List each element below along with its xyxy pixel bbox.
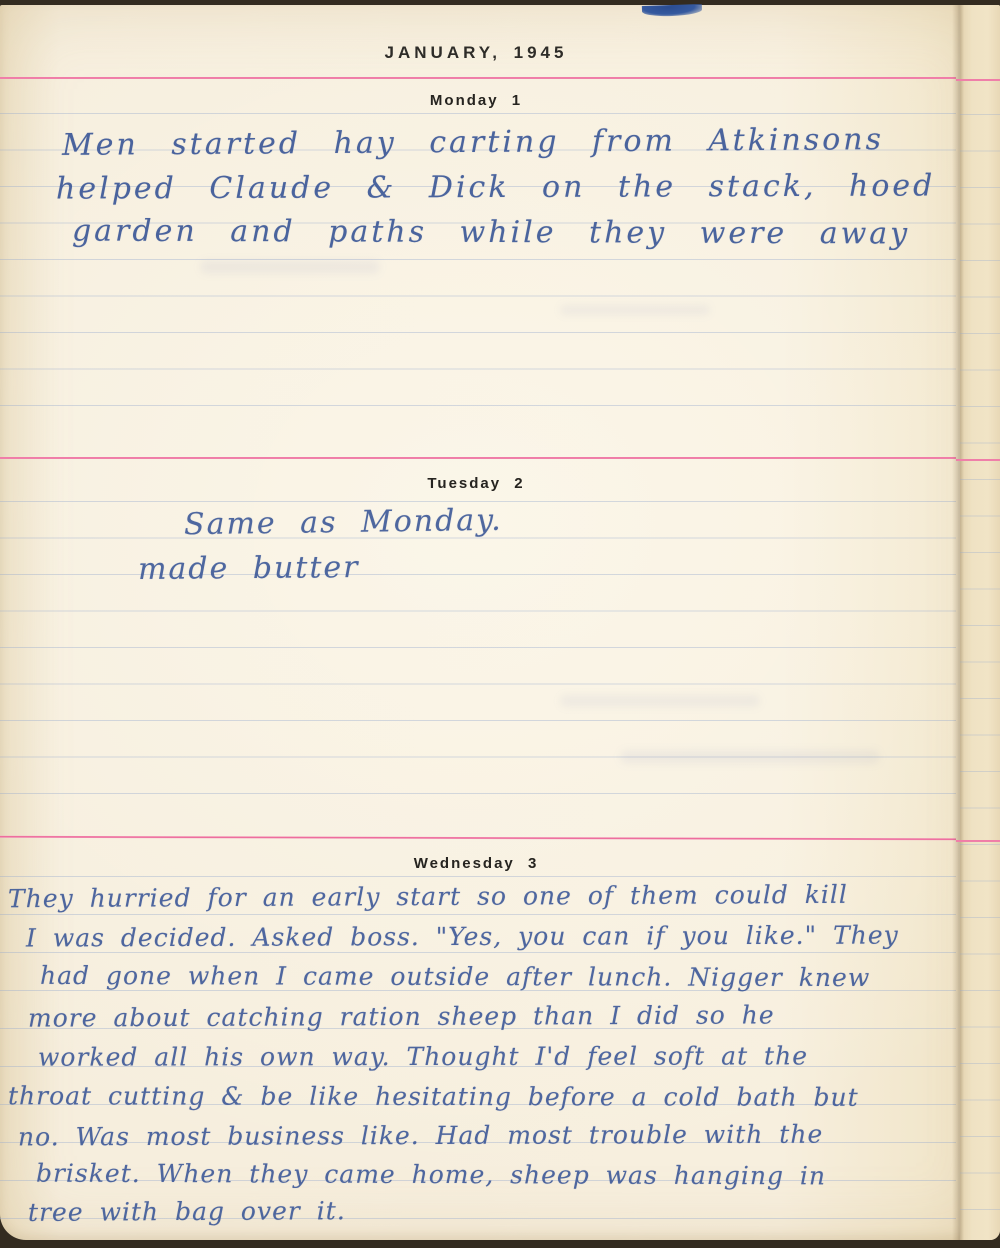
pink-divider-rule <box>0 836 956 841</box>
handwriting-line: had gone when I came outside after lunch… <box>40 961 870 992</box>
handwriting-line: helped Claude & Dick on the stack, hoed <box>56 168 935 206</box>
pink-divider-rule <box>0 457 956 459</box>
ink-showthrough <box>560 305 710 315</box>
handwriting-line: Men started hay carting from Atkinsons <box>62 122 884 163</box>
handwriting-line: tree with bag over it. <box>28 1196 346 1227</box>
pink-divider-rule-edge <box>956 840 1000 842</box>
handwriting-line: garden and paths while they were away <box>72 214 910 252</box>
ruled-lines-layer-edge <box>960 114 1000 1219</box>
handwriting-line: I was decided. Asked boss. "Yes, you can… <box>26 920 899 952</box>
day-header: Wednesday 3 <box>0 855 952 872</box>
ink-showthrough <box>620 750 880 764</box>
day-header: Monday 1 <box>0 92 952 109</box>
ink-showthrough <box>560 695 760 707</box>
scan-background: JANUARY, 1945 Monday 1 Men started hay c… <box>0 0 1000 1248</box>
handwriting-line: Same as Monday. <box>184 503 503 542</box>
month-header: JANUARY, 1945 <box>0 43 952 63</box>
handwriting-line: brisket. When they came home, sheep was … <box>36 1159 826 1191</box>
handwriting-line: worked all his own way. Thought I'd feel… <box>38 1041 808 1071</box>
pink-divider-rule <box>0 77 956 79</box>
handwriting-line: more about catching ration sheep than I … <box>28 1000 775 1032</box>
handwriting-line: no. Was most business like. Had most tro… <box>18 1120 823 1152</box>
handwriting-line: They hurried for an early start so one o… <box>8 880 848 913</box>
pink-divider-rule-edge <box>956 79 1000 81</box>
day-header: Tuesday 2 <box>0 475 952 492</box>
diary-page: JANUARY, 1945 Monday 1 Men started hay c… <box>0 5 1000 1240</box>
handwriting-line: throat cutting & be like hesitating befo… <box>8 1081 859 1111</box>
ink-showthrough <box>200 260 380 274</box>
ink-smudge <box>642 4 702 17</box>
handwriting-line: made butter <box>138 550 360 587</box>
pink-divider-rule-edge <box>956 459 1000 461</box>
